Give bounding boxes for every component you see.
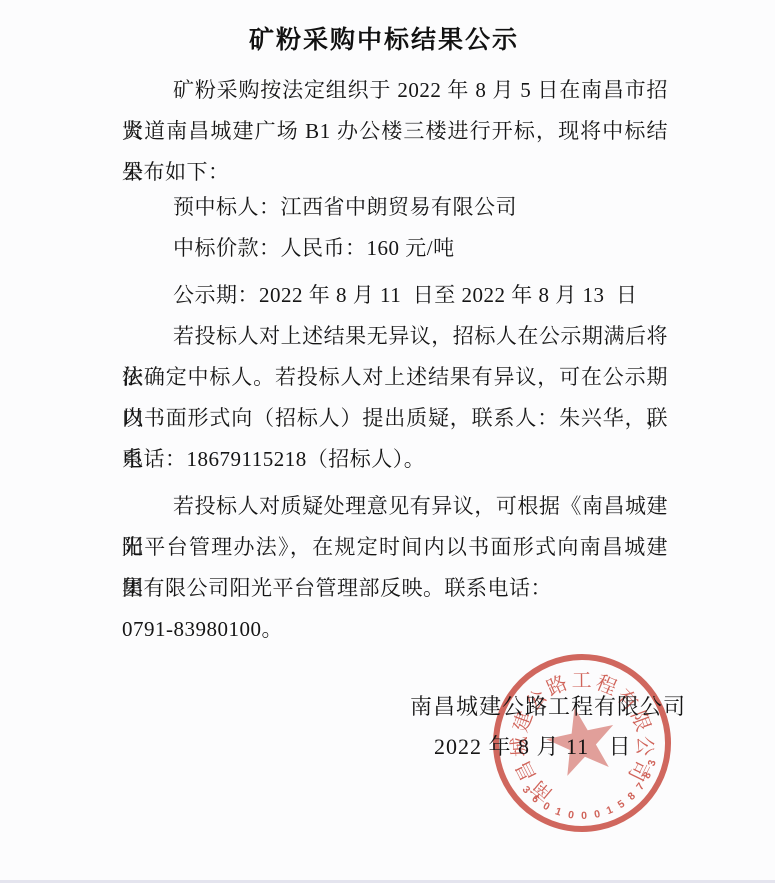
body-line: 若投标人对质疑处理意见有异议，可根据《南昌城建阳 (122, 486, 668, 527)
body-line: 法确定中标人。若投标人对上述结果有异议，可在公示期内， (122, 357, 668, 398)
body-line: 预中标人：江西省中朗贸易有限公司 (122, 187, 668, 228)
body-line: 以书面形式向（招标人）提出质疑，联系人：朱兴华，联系 (122, 398, 668, 439)
body-line: 0791-83980100。 (122, 609, 668, 650)
svg-text:0: 0 (567, 809, 575, 822)
body-line: 电话：18679115218（招标人）。 (122, 439, 668, 480)
document-body: 矿粉采购中标结果公示 矿粉采购按法定组织于 2022 年 8 月 5 日在南昌市… (122, 26, 668, 650)
body-line: 公示期：2022 年 8 月 11 日至 2022 年 8 月 13 日 (122, 275, 668, 316)
body-line: 若投标人对上述结果无异议，招标人在公示期满后将依 (122, 316, 668, 357)
signature-company: 南昌城建公路工程有限公司 (410, 692, 686, 722)
document-page: 矿粉采购中标结果公示 矿粉采购按法定组织于 2022 年 8 月 5 日在南昌市… (0, 0, 775, 883)
svg-text:1: 1 (554, 805, 564, 818)
signature-block: 南昌城建公路工程有限公司 2022 年 8 月 11 日 (410, 692, 686, 762)
body-line: 光平台管理办法》，在规定时间内以书面形式向南昌城建集 (122, 527, 668, 568)
signature-date: 2022 年 8 月 11 日 (410, 732, 686, 762)
svg-text:0: 0 (581, 810, 587, 822)
svg-text:1: 1 (605, 804, 615, 817)
svg-text:8: 8 (626, 790, 639, 803)
document-title: 矿粉采购中标结果公示 (122, 26, 668, 56)
body-line: 矿粉采购按法定组织于 2022 年 8 月 5 日在南昌市招贤 (122, 70, 668, 111)
svg-text:0: 0 (593, 808, 601, 821)
body-line: 中标价款：人民币：160 元/吨 (122, 228, 668, 269)
svg-text:5: 5 (616, 798, 628, 811)
body-line: 大道南昌城建广场 B1 办公楼三楼进行开标，现将中标结果 (122, 111, 668, 152)
body-line: 团有限公司阳光平台管理部反映。联系电话： (122, 568, 668, 609)
svg-text:工: 工 (572, 670, 592, 692)
